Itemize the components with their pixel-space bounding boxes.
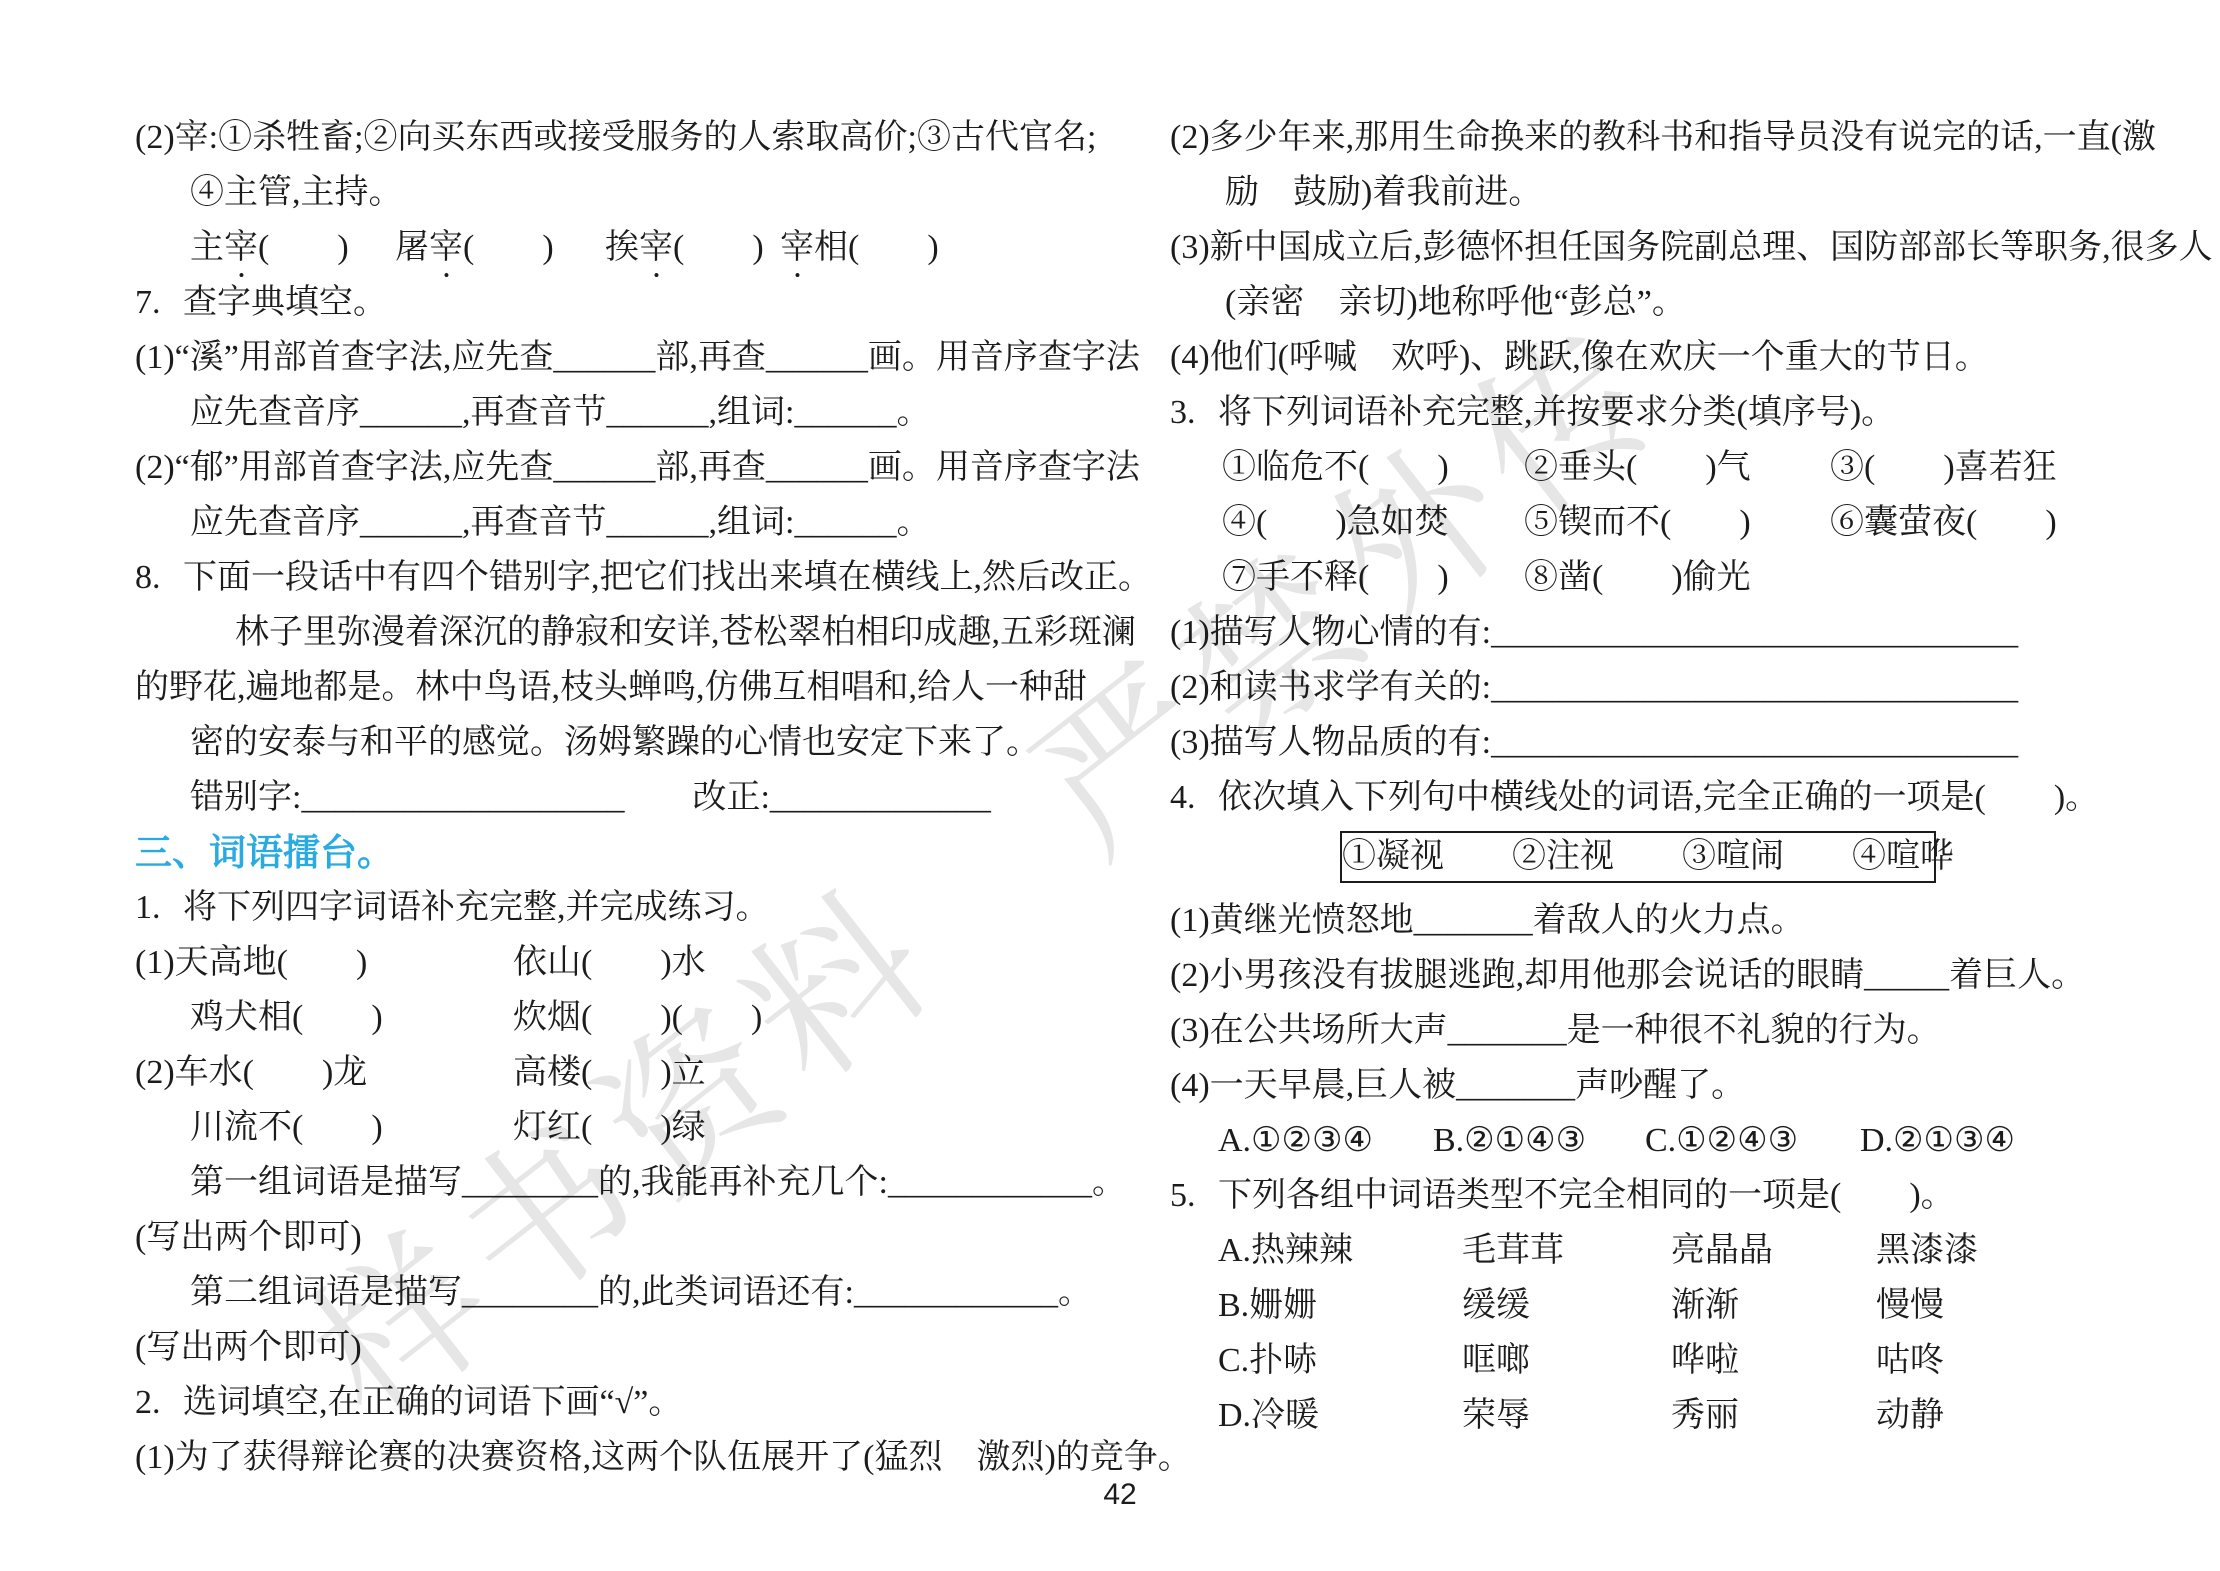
option-c: C.①②④③ xyxy=(1645,1113,1798,1168)
q4-heading: 4.依次填入下列句中横线处的词语,完全正确的一项是( )。 xyxy=(1170,770,2115,825)
q3-number: 3. xyxy=(1170,385,1218,440)
q1-number: 1. xyxy=(135,880,183,935)
idiom-blank: ⑤锲而不( ) xyxy=(1524,495,1751,550)
option-d: D.②①③④ xyxy=(1860,1113,2015,1168)
q4-item2: (2)小男孩没有拔腿逃跑,却用他那会说话的眼睛_____着巨人。 xyxy=(1170,948,2115,1003)
idiom-blank: ④( )急如焚 xyxy=(1222,495,1449,550)
option-b: B.②①④③ xyxy=(1433,1113,1586,1168)
q4-number: 4. xyxy=(1170,770,1218,825)
q2-item3-line1: (3)新中国成立后,彭德怀担任国务院副总理、国防部部长等职务,很多人 xyxy=(1170,220,2115,275)
q7-heading: 7.查字典填空。 xyxy=(135,275,1060,330)
word-group: 渐渐 xyxy=(1671,1278,1739,1333)
q3-text: 将下列词语补充完整,并按要求分类(填序号)。 xyxy=(1218,394,1895,431)
q1-fill-line1: 第一组词语是描写________的,我能再补充几个:____________。 xyxy=(135,1155,1060,1210)
q8-heading: 8.下面一段话中有四个错别字,把它们找出来填在横线上,然后改正。 xyxy=(135,550,1060,605)
q1-row-4: 川流不( )灯红( )绿 xyxy=(135,1100,1060,1155)
worksheet-page: 样书资料 严禁外传 (2)宰:①杀牲畜;②向买东西或接受服务的人索取高价;③古代… xyxy=(0,0,2220,1571)
q4-options-row: A.①②③④ B.②①④③ C.①②④③ D.②①③④ xyxy=(1170,1113,2115,1168)
q5-text: 下列各组中词语类型不完全相同的一项是( )。 xyxy=(1218,1177,1955,1214)
q7-item2-line1: (2)“郁”用部首查字法,应先查______部,再查______画。用音序查字法 xyxy=(135,440,1060,495)
q1-note1: (写出两个即可) xyxy=(135,1210,1060,1265)
idiom-blank: ⑦手不释( ) xyxy=(1222,550,1449,605)
q3-row-3: ⑦手不释( )⑧凿( )偷光 xyxy=(1170,550,2115,605)
idiom-blank: (1)天高地( ) xyxy=(135,944,367,981)
word-dotted-char: 宰 xyxy=(639,229,673,266)
word-blank: ( ) xyxy=(258,229,349,266)
idiom-blank: 炊烟( )( ) xyxy=(513,990,762,1045)
word-dotted-char: 宰 xyxy=(224,229,258,266)
q3-classify-1: (1)描写人物心情的有:____________________________… xyxy=(1170,605,2115,660)
q8-text: 下面一段话中有四个错别字,把它们找出来填在横线上,然后改正。 xyxy=(183,559,1152,596)
word-dotted-char: 宰 xyxy=(429,229,463,266)
word-group: 毛茸茸 xyxy=(1462,1223,1564,1278)
q5-row-d: D.冷暖荣辱秀丽动静 xyxy=(1170,1388,2115,1443)
word-group: 慢慢 xyxy=(1876,1278,1944,1333)
q4-text: 依次填入下列句中横线处的词语,完全正确的一项是( )。 xyxy=(1218,779,2099,816)
q2-text: 选词填空,在正确的词语下画“√”。 xyxy=(183,1384,682,1421)
q4-word-bank-box: ①凝视 ②注视 ③喧闹 ④喧哗 xyxy=(1340,831,1936,883)
q7-text: 查字典填空。 xyxy=(183,284,387,321)
q6-definition-line-2: ④主管,主持。 xyxy=(135,165,1060,220)
left-column: (2)宰:①杀牲畜;②向买东西或接受服务的人索取高价;③古代官名; ④主管,主持… xyxy=(135,110,1060,1485)
q5-row-b: B.姗姗缓缓渐渐慢慢 xyxy=(1170,1278,2115,1333)
right-column: (2)多少年来,那用生命换来的教科书和指导员没有说完的话,一直(激 励 鼓励)着… xyxy=(1170,110,2115,1443)
q4-word-bank-row: ①凝视 ②注视 ③喧闹 ④喧哗 xyxy=(1170,825,2115,893)
q8-number: 8. xyxy=(135,550,183,605)
idiom-blank: 高楼( )立 xyxy=(513,1045,706,1100)
q8-paragraph-line2: 的野花,遍地都是。林中鸟语,枝头蝉鸣,仿佛互相唱和,给人一种甜 xyxy=(135,660,1060,715)
idiom-blank: ⑥囊萤夜( ) xyxy=(1830,495,2057,550)
q6-definition-line: (2)宰:①杀牲畜;②向买东西或接受服务的人索取高价;③古代官名; xyxy=(135,110,1060,165)
section-three-heading: 三、词语擂台。 xyxy=(135,825,1060,880)
q5-number: 5. xyxy=(1170,1168,1218,1223)
q8-paragraph-line1: 林子里弥漫着深沉的静寂和安详,苍松翠柏相印成趣,五彩斑澜 xyxy=(135,605,1060,660)
q2-item1: (1)为了获得辩论赛的决赛资格,这两个队伍展开了(猛烈 激烈)的竞争。 xyxy=(135,1430,1060,1485)
word-group: A.热辣辣 xyxy=(1218,1223,1353,1278)
word-group: C.扑哧 xyxy=(1218,1333,1317,1388)
q1-fill-line2: 第二组词语是描写________的,此类词语还有:____________。 xyxy=(135,1265,1060,1320)
word-group: 哐啷 xyxy=(1462,1333,1530,1388)
q2-item2-line2: 励 鼓励)着我前进。 xyxy=(1170,165,2115,220)
word-pre: 主 xyxy=(190,229,224,266)
word-blank: ( ) xyxy=(463,229,554,266)
q4-item3: (3)在公共场所大声_______是一种很不礼貌的行为。 xyxy=(1170,1003,2115,1058)
q3-classify-3: (3)描写人物品质的有:____________________________… xyxy=(1170,715,2115,770)
word-blank: 相( ) xyxy=(814,229,939,266)
q5-heading: 5.下列各组中词语类型不完全相同的一项是( )。 xyxy=(1170,1168,2115,1223)
q5-row-c: C.扑哧哐啷哗啦咕咚 xyxy=(1170,1333,2115,1388)
q7-item2-line2: 应先查音序______,再查音节______,组词:______。 xyxy=(135,495,1060,550)
q1-row-1: (1)天高地( )依山( )水 xyxy=(135,935,1060,990)
q2-heading: 2.选词填空,在正确的词语下画“√”。 xyxy=(135,1375,1060,1430)
idiom-blank: ⑧凿( )偷光 xyxy=(1524,550,1751,605)
q1-row-2: 鸡犬相( )炊烟( )( ) xyxy=(135,990,1060,1045)
q2-item2-line1: (2)多少年来,那用生命换来的教科书和指导员没有说完的话,一直(激 xyxy=(1170,110,2115,165)
q7-item1-line2: 应先查音序______,再查音节______,组词:______。 xyxy=(135,385,1060,440)
q8-paragraph-line3: 密的安泰与和平的感觉。汤姆繁躁的心情也安定下来了。 xyxy=(135,715,1060,770)
idiom-blank: ①临危不( ) xyxy=(1222,440,1449,495)
option-a: A.①②③④ xyxy=(1218,1113,1373,1168)
q3-heading: 3.将下列词语补充完整,并按要求分类(填序号)。 xyxy=(1170,385,2115,440)
word-pre: 屠 xyxy=(395,229,429,266)
idiom-blank: 川流不( ) xyxy=(190,1109,383,1146)
q1-text: 将下列四字词语补充完整,并完成练习。 xyxy=(183,889,770,926)
page-number: 42 xyxy=(1075,1478,1165,1512)
word-dotted-char: 宰 xyxy=(780,229,814,266)
idiom-blank: 依山( )水 xyxy=(513,935,706,990)
idiom-blank: ③( )喜若狂 xyxy=(1830,440,2057,495)
q1-row-3: (2)车水( )龙高楼( )立 xyxy=(135,1045,1060,1100)
idiom-blank: ②垂头( )气 xyxy=(1524,440,1751,495)
word-group: B.姗姗 xyxy=(1218,1278,1317,1333)
word-group: 秀丽 xyxy=(1671,1388,1739,1443)
word-group: 缓缓 xyxy=(1462,1278,1530,1333)
idiom-blank: (2)车水( )龙 xyxy=(135,1054,367,1091)
word-blank: ( ) xyxy=(673,229,764,266)
q8-answer-blanks: 错别字:___________________ 改正:_____________ xyxy=(135,770,1060,825)
q4-item4: (4)一天早晨,巨人被_______声吵醒了。 xyxy=(1170,1058,2115,1113)
word-group: 咕咚 xyxy=(1876,1333,1944,1388)
q3-row-1: ①临危不( )②垂头( )气③( )喜若狂 xyxy=(1170,440,2115,495)
idiom-blank: 鸡犬相( ) xyxy=(190,999,383,1036)
word-group: 亮晶晶 xyxy=(1671,1223,1773,1278)
word-group: 哗啦 xyxy=(1671,1333,1739,1388)
word-pre: 挨 xyxy=(605,229,639,266)
q1-heading: 1.将下列四字词语补充完整,并完成练习。 xyxy=(135,880,1060,935)
word-group: 黑漆漆 xyxy=(1876,1223,1978,1278)
q2-number: 2. xyxy=(135,1375,183,1430)
zai-words-row: 主宰( ) 屠宰( ) 挨宰( ) 宰相( ) xyxy=(135,220,1060,275)
q7-number: 7. xyxy=(135,275,183,330)
q1-note2: (写出两个即可) xyxy=(135,1320,1060,1375)
q3-classify-2: (2)和读书求学有关的:____________________________… xyxy=(1170,660,2115,715)
idiom-blank: 灯红( )绿 xyxy=(513,1100,706,1155)
q2-item4: (4)他们(呼喊 欢呼)、跳跃,像在欢庆一个重大的节日。 xyxy=(1170,330,2115,385)
q4-item1: (1)黄继光愤怒地_______着敌人的火力点。 xyxy=(1170,893,2115,948)
q7-item1-line1: (1)“溪”用部首查字法,应先查______部,再查______画。用音序查字法 xyxy=(135,330,1060,385)
q3-row-2: ④( )急如焚⑤锲而不( )⑥囊萤夜( ) xyxy=(1170,495,2115,550)
word-group: D.冷暖 xyxy=(1218,1388,1319,1443)
word-group: 动静 xyxy=(1876,1388,1944,1443)
q2-item3-line2: (亲密 亲切)地称呼他“彭总”。 xyxy=(1170,275,2115,330)
q5-row-a: A.热辣辣毛茸茸亮晶晶黑漆漆 xyxy=(1170,1223,2115,1278)
word-group: 荣辱 xyxy=(1462,1388,1530,1443)
